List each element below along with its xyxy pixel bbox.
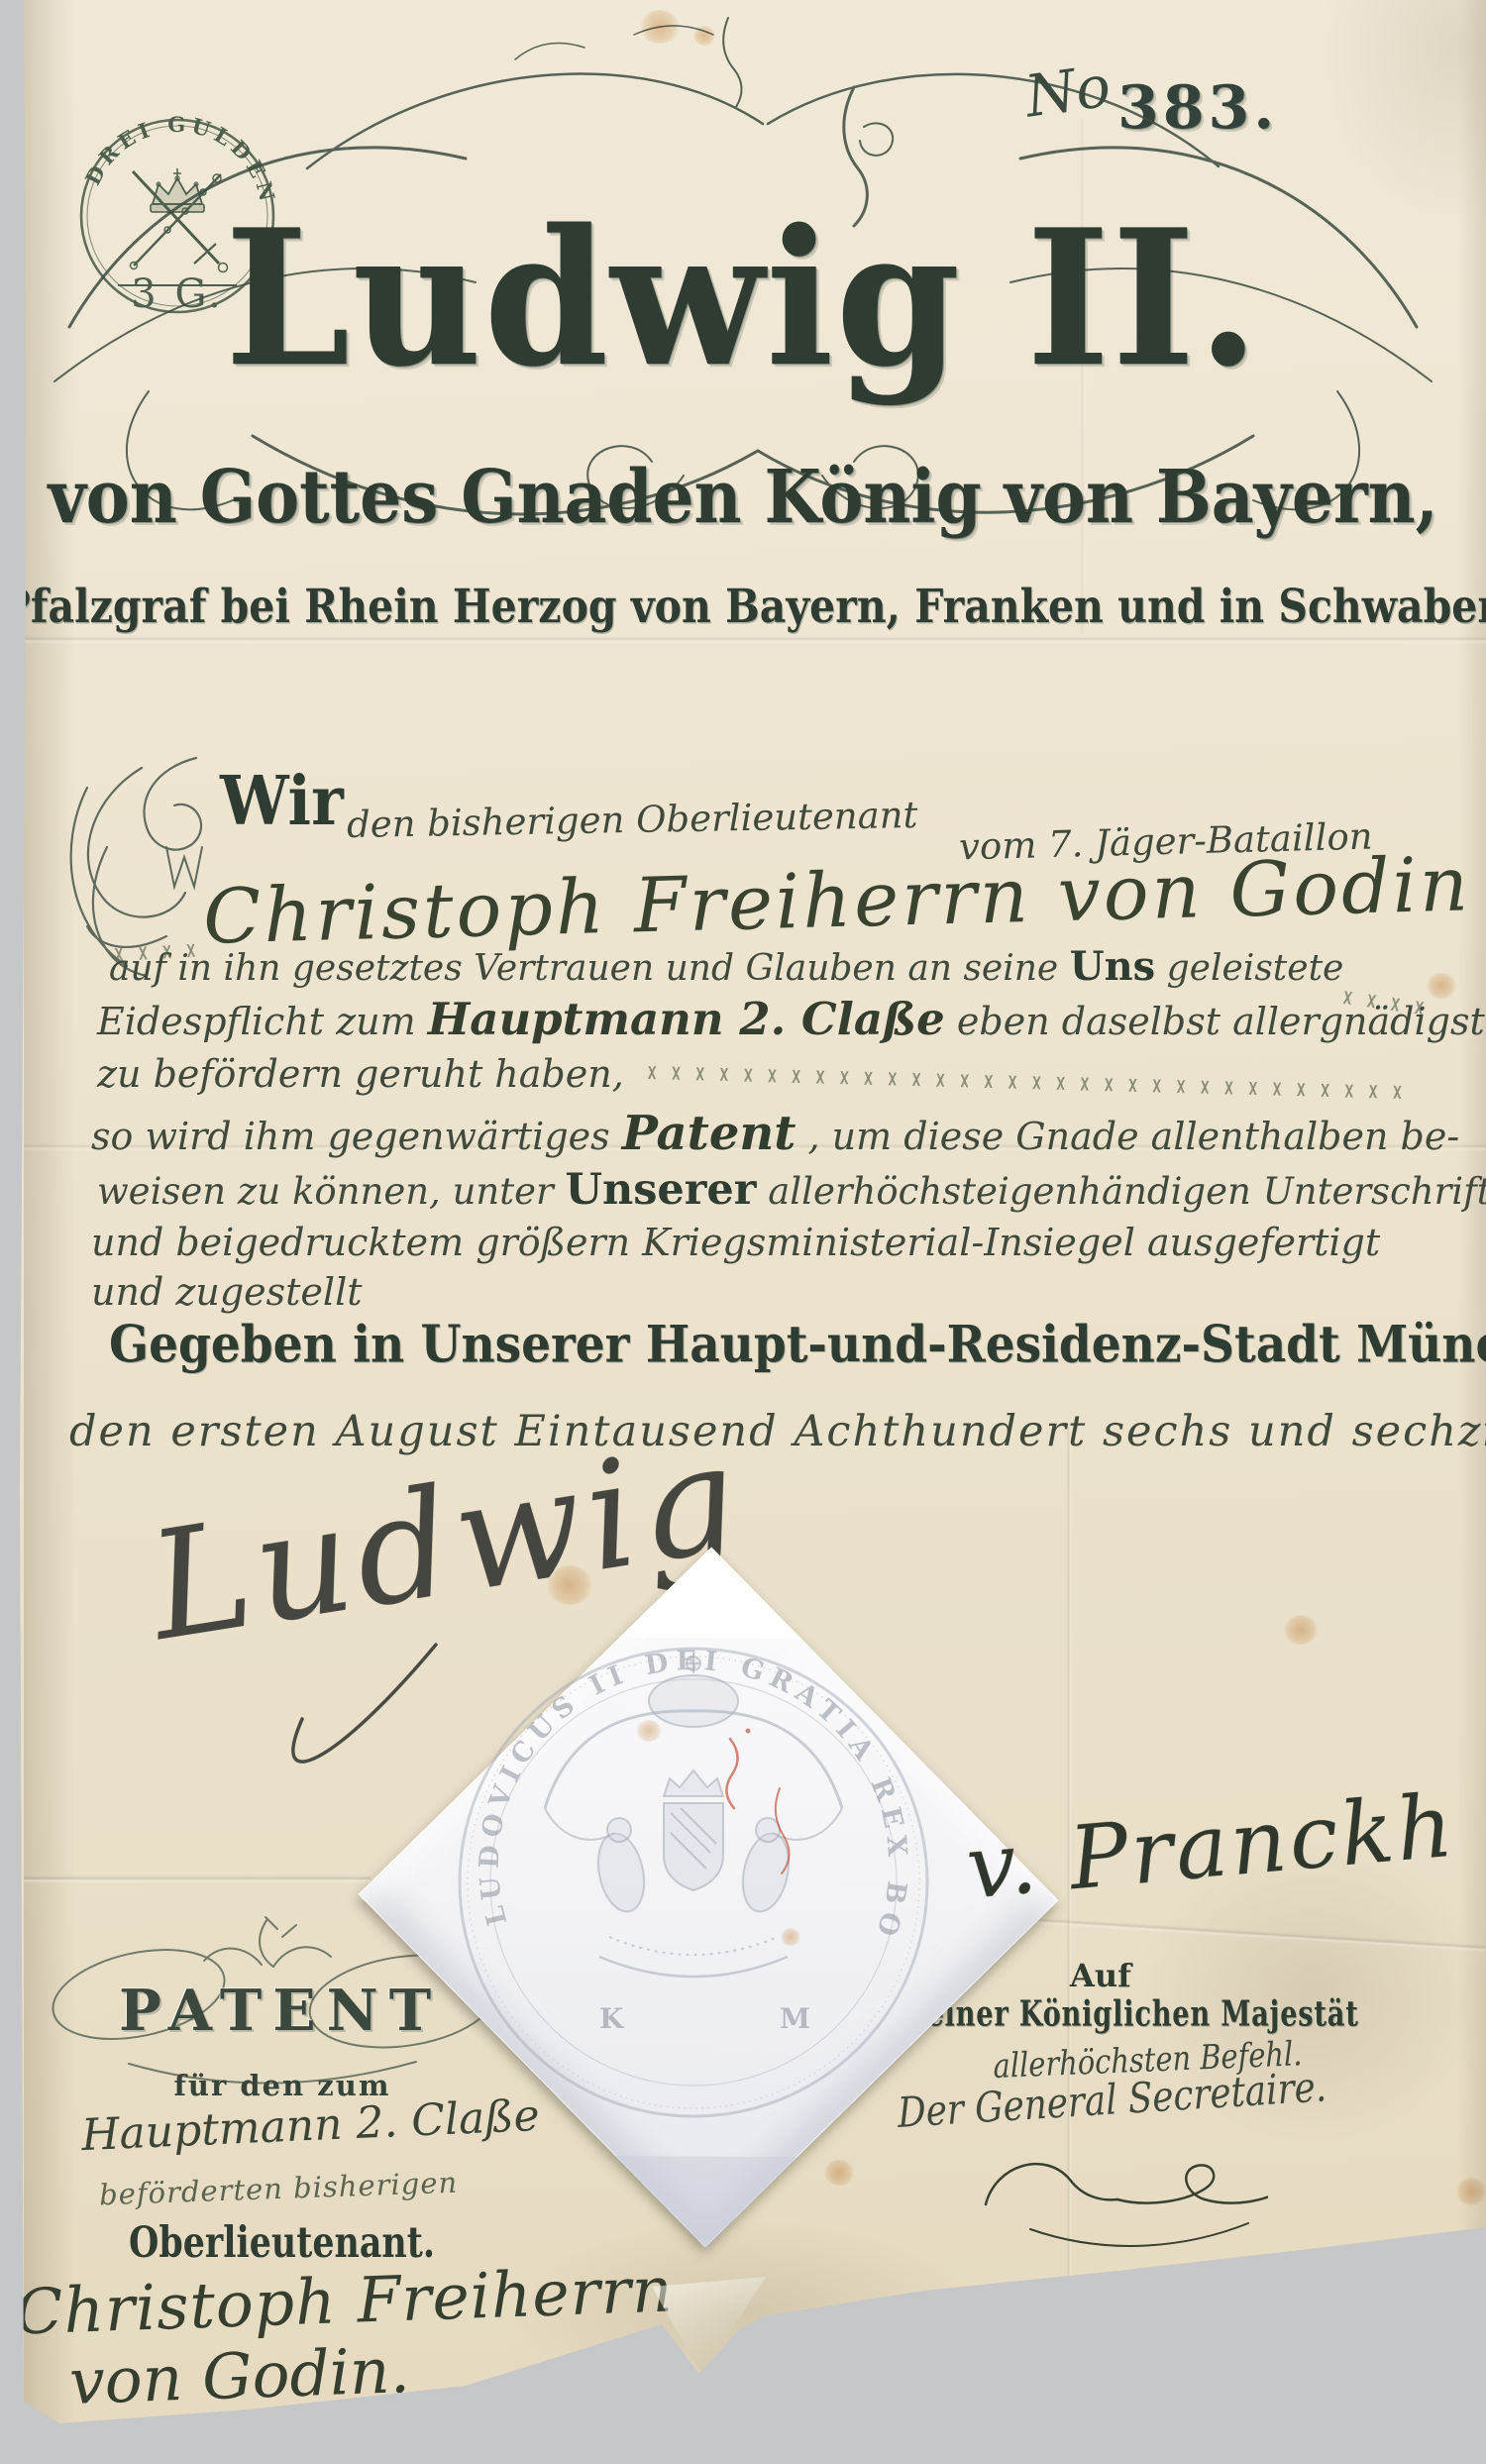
patent-promoted-line: beförderten bisherigen [99, 2166, 459, 2212]
order-auf: Auf [1070, 1957, 1131, 1994]
body-line4: Eidespflicht zum Hauptmann 2. Claße eben… [97, 993, 1485, 1045]
body-line6: so wird ihm gegenwärtiges Patent , um di… [91, 1106, 1459, 1161]
scanned-document: DREI GULDEN 3 G. No 383. [0, 0, 1486, 2464]
body-line7a: weisen zu können, unter [97, 1170, 554, 1213]
majesty-line: Seiner Königlichen Majestät [906, 1993, 1359, 2035]
body-line6a: so wird ihm gegenwärtiges [91, 1115, 610, 1158]
signature-flourish [253, 1625, 480, 1823]
body-line4a: Eidespflicht zum [97, 1000, 416, 1043]
royal-name-title: Ludwig II. [0, 189, 1486, 409]
body-line9: und zugestellt [91, 1270, 363, 1314]
date-line: den ersten August Eintausend Achthundert… [69, 1407, 1486, 1456]
body-line3a: auf in ihn gesetztes Vertrauen und Glaub… [109, 948, 1058, 989]
embossed-royal-seal: LUDOVICUS II DEI GRATIA REX BOIOARIAE K … [451, 1640, 936, 2125]
body-line3b: geleistete [1167, 948, 1344, 989]
fold-crease [24, 1875, 371, 1883]
foxing-spot [1284, 1615, 1318, 1645]
body-line7b: allerhöchsteigenhändigen Unterschrift [768, 1170, 1486, 1213]
body-line3: auf in ihn gesetztes Vertrauen und Glaub… [109, 943, 1343, 990]
issuance-line: Gegeben in Unserer Haupt-und-Residenz-St… [109, 1315, 1486, 1375]
foxing-spot [1456, 2178, 1486, 2205]
body-line6b: , um diese Gnade allenthalben be- [808, 1115, 1460, 1158]
body-line5: zu befördern geruht haben, [97, 1052, 624, 1096]
masthead-line2: Pfalzgraf bei Rhein Herzog von Bayern, F… [0, 579, 1486, 633]
body-line8: und beigedrucktem größern Kriegsminister… [91, 1221, 1380, 1264]
seal-left-mark: K [599, 2002, 625, 2035]
fold-crease [1006, 1915, 1486, 1953]
patent-name-line2: von Godin. [68, 2334, 411, 2418]
body-patent-word: Patent [622, 1106, 796, 1161]
seal-right-mark: M [780, 2002, 810, 2035]
masthead-line1: von Gottes Gnaden König von Bayern, [0, 453, 1486, 539]
foxing-spot [824, 2160, 854, 2186]
body-line1a: den bisherigen Oberlieutenant [347, 794, 918, 846]
body-wir: Wir [220, 761, 344, 840]
body-line7: weisen zu können, unter Unserer allerhöc… [97, 1165, 1486, 1215]
general-secretary-signature [971, 2130, 1268, 2259]
fold-crease [24, 636, 1486, 644]
body-line4b: eben daselbst allergnädigst [957, 1000, 1485, 1043]
patent-old-rank: Oberlieutenant. [129, 2217, 435, 2267]
patent-name-line1: Christoph Freiherrn [14, 2253, 675, 2348]
body-uns: Uns [1070, 943, 1155, 990]
line-filler [644, 1066, 1407, 1099]
minister-signature: v. Pranckh [962, 1774, 1459, 1919]
body-unserer: Unserer [565, 1165, 756, 1215]
patent-title: PATENT [119, 1978, 442, 2044]
body-rank: Hauptmann 2. Claße [428, 993, 945, 1045]
document-paper: DREI GULDEN 3 G. No 383. [0, 0, 1486, 2464]
